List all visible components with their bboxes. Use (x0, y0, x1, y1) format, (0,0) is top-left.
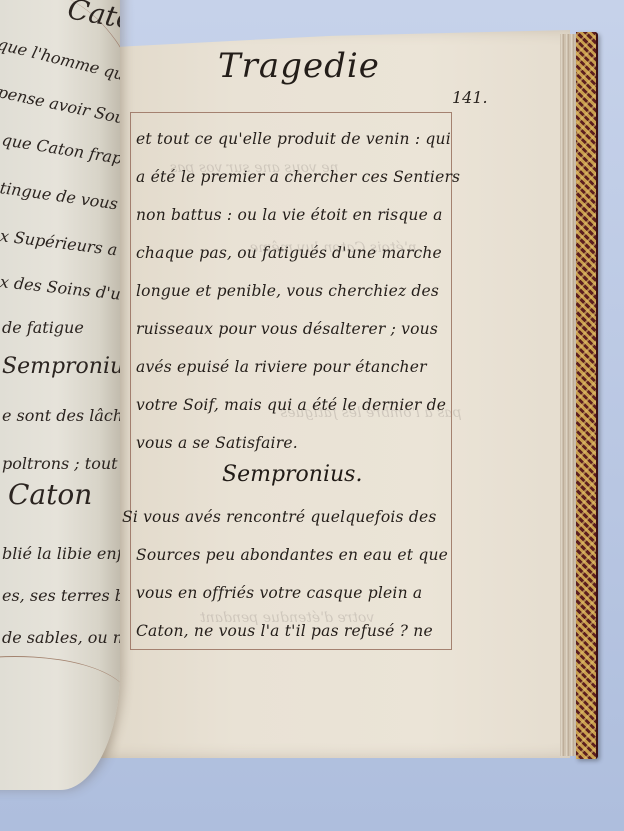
verso-line: de sables, ou no (2, 628, 120, 647)
text-line: Si vous avés rencontré quelquefois des (122, 508, 436, 526)
running-title: Tragedie (218, 46, 380, 86)
text-line: avés epuisé la riviere pour étancher (136, 358, 427, 376)
folio-number: 141. (452, 88, 488, 107)
text-line: et tout ce qu'elle produit de venin : qu… (136, 130, 451, 148)
verso-frame-rule (0, 642, 120, 738)
verso-line: tingue de vous : qu (0, 178, 120, 218)
text-line: chaque pas, ou fatigués d'une marche (136, 244, 442, 262)
text-line: a été le premier a chercher ces Sentiers (136, 168, 460, 186)
gilt-binding-edge (576, 32, 598, 759)
verso-speaker: Sempronius (2, 354, 120, 379)
verso-line: poltrons ; tout ce (2, 454, 120, 473)
verso-line: de fatigue (2, 318, 84, 337)
text-line: vous en offriés votre casque plein a (136, 584, 422, 602)
verso-line: es, ses terres brûl (2, 586, 120, 605)
text-line: Caton, ne vous l'a t'il pas refusé ? ne (136, 622, 433, 640)
verso-line: x Supérieurs a port (0, 226, 120, 264)
text-line: vous a se Satisfaire. (136, 434, 298, 452)
verso-line: x des Soins d'une gr (0, 272, 120, 308)
text-line: votre Soif, mais qui a été le dernier de (136, 396, 446, 414)
verso-line: e sont des lâches (2, 406, 120, 425)
manuscript-photo: ne vous ane sur vos pas n'étois Caton lu… (0, 0, 624, 831)
speaker-heading: Sempronius. (222, 462, 362, 487)
text-line: Sources peu abondantes en eau et que (136, 546, 448, 564)
text-line: longue et penible, vous cherchiez des (136, 282, 439, 300)
text-line: ruisseaux pour vous désalterer ; vous (136, 320, 438, 338)
verso-speaker: Caton (8, 478, 92, 511)
text-line: non battus : ou la vie étoit en risque a (136, 206, 443, 224)
verso-page: Caton que l'homme qui ne ce pense avoir … (0, 0, 120, 790)
verso-line: blié la libie enflam (2, 544, 120, 563)
text-frame-rule (130, 112, 452, 650)
